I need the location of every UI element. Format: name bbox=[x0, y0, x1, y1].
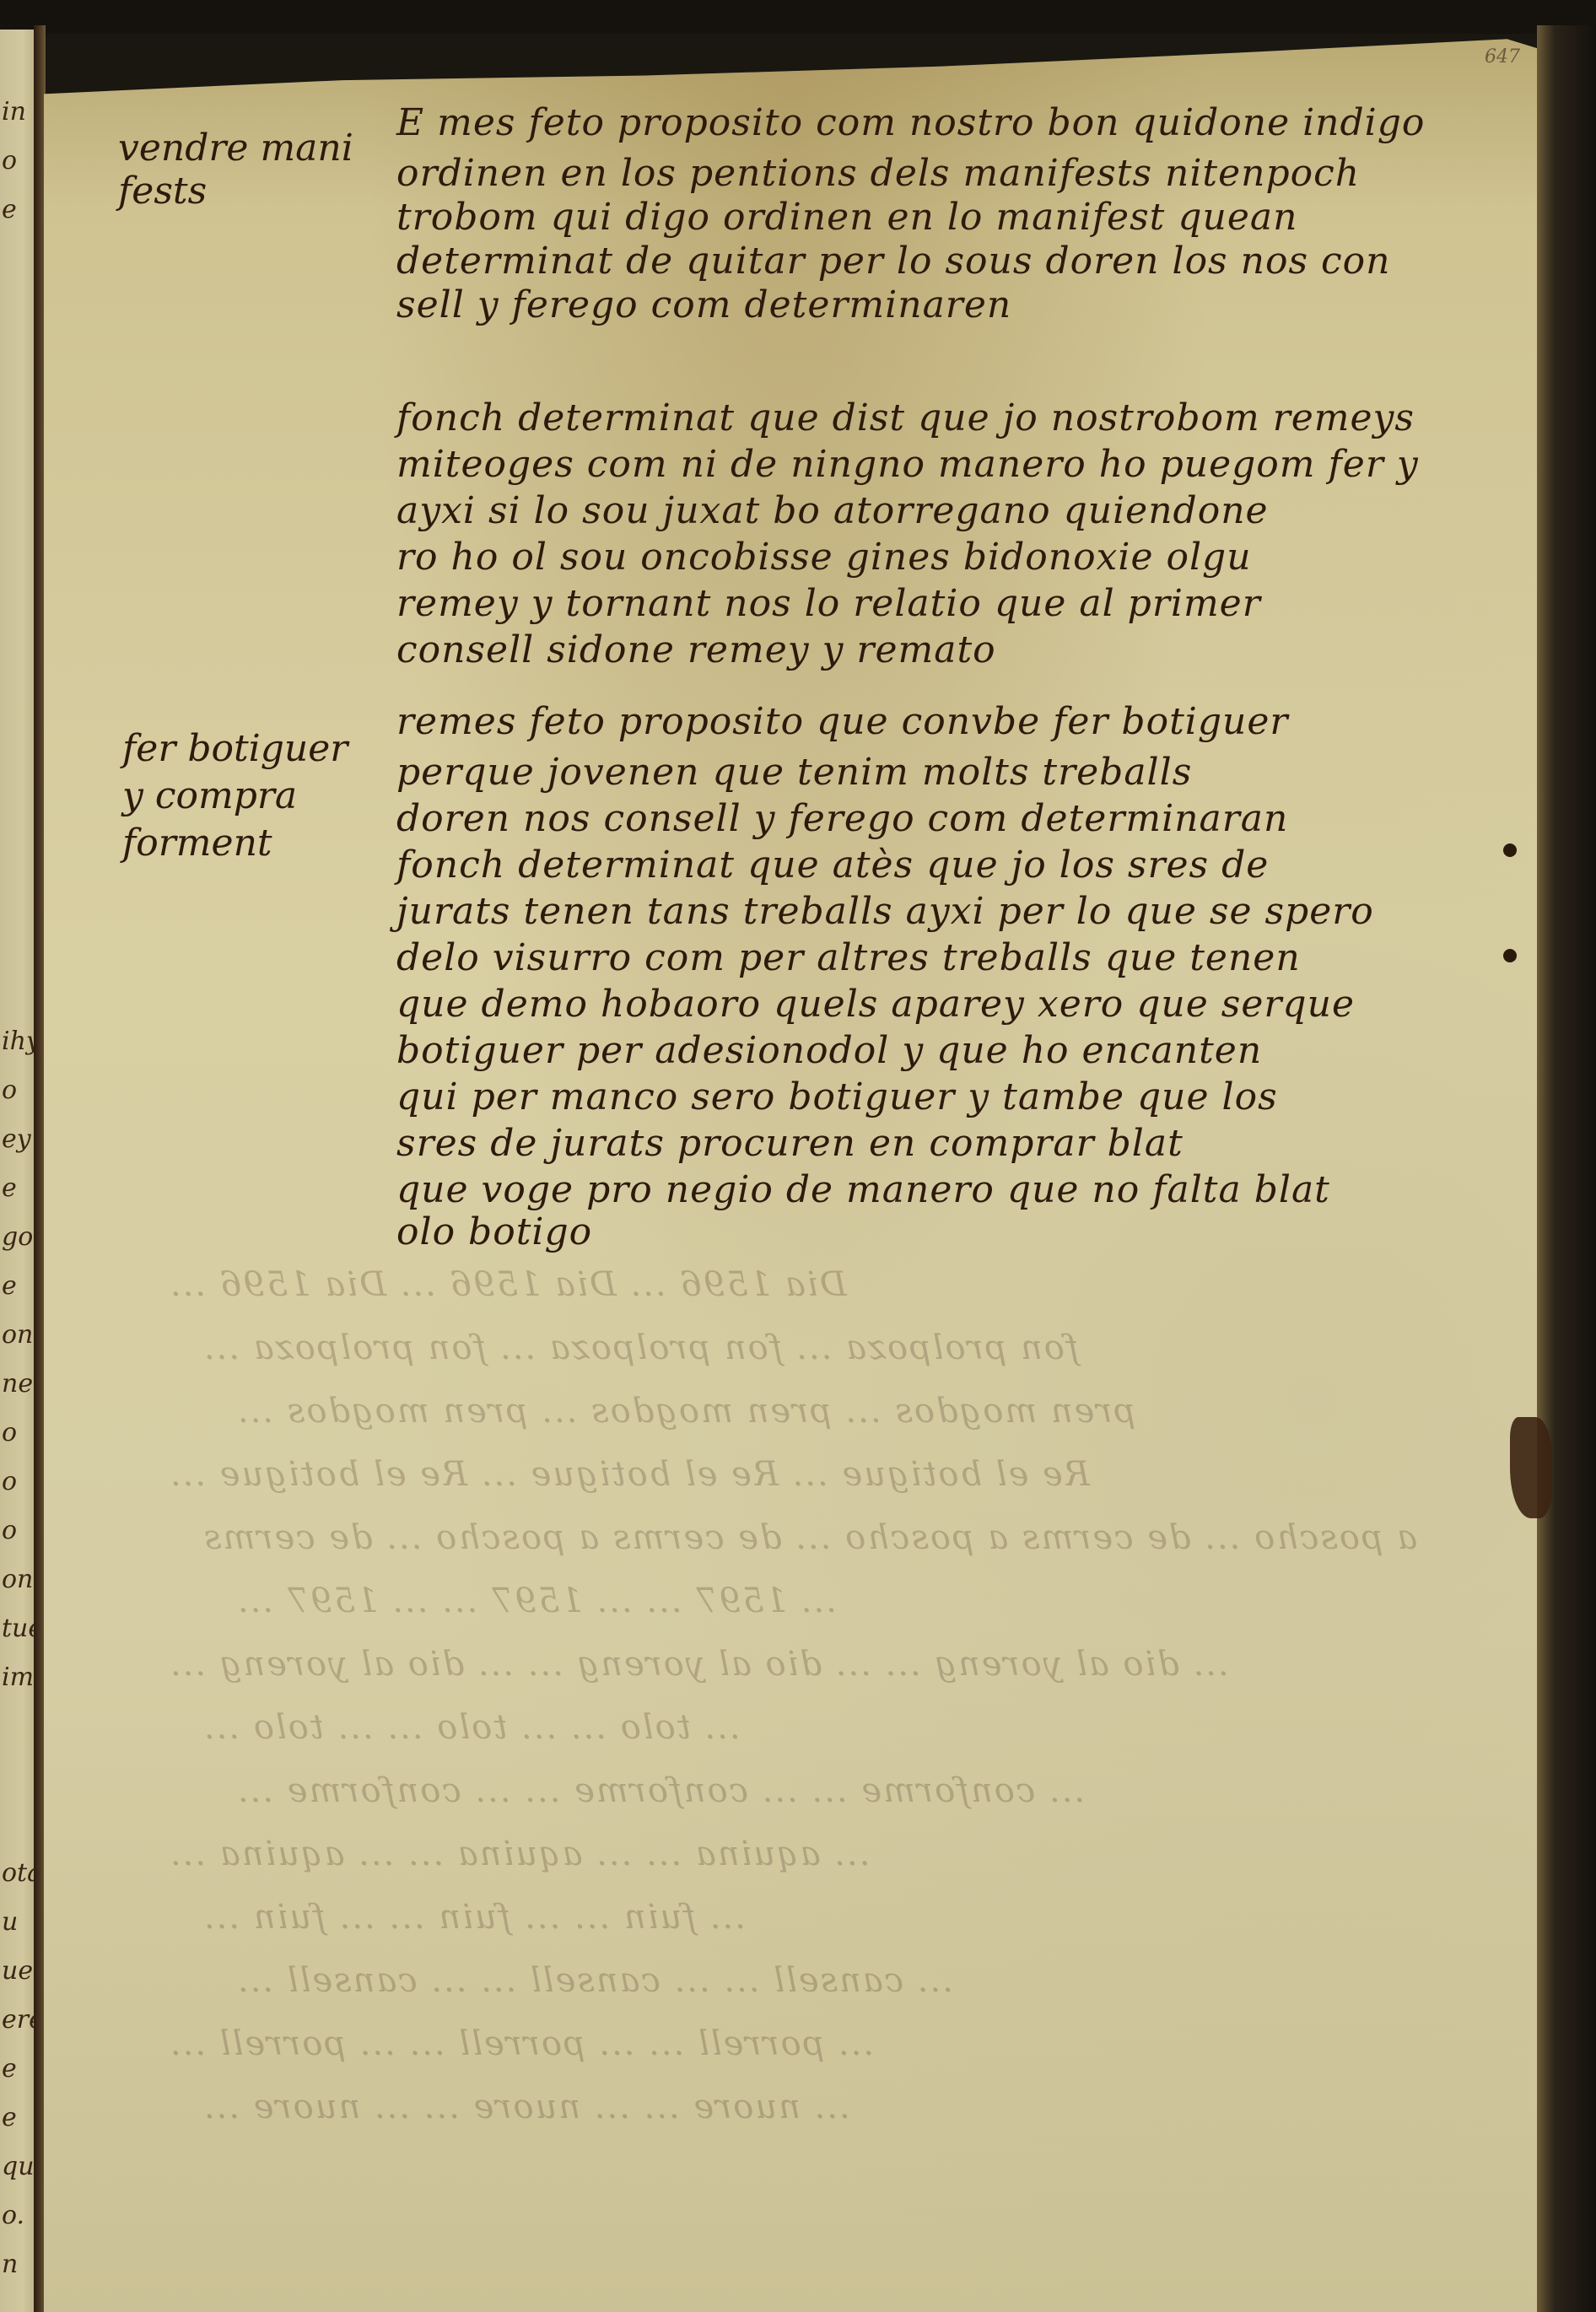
text-line: que voge pro negio de manero que no falt… bbox=[396, 1168, 1330, 1211]
facing-page-fragment: o. bbox=[2, 2201, 24, 2230]
facing-page-fragment: o bbox=[2, 146, 17, 175]
text-line: remes feto proposito que convbe fer boti… bbox=[396, 700, 1288, 743]
facing-page-fragment: e bbox=[2, 1173, 17, 1203]
text-line: qui per manco sero botiguer y tambe que … bbox=[396, 1075, 1278, 1118]
text-line: que demo hobaoro quels aparey xero que s… bbox=[396, 983, 1355, 1026]
text-line: remey y tornant nos lo relatio que al pr… bbox=[396, 582, 1261, 625]
facing-page-fragment: ey bbox=[2, 1124, 31, 1154]
scan-background-top bbox=[0, 0, 1596, 34]
margin-note-vendre-manifests: vendre mani fests bbox=[118, 127, 353, 213]
facing-page-fragment: o bbox=[2, 1075, 17, 1105]
folio-number: 647 bbox=[1485, 46, 1520, 67]
text-line: sell y ferego com determinaren bbox=[396, 283, 1011, 326]
facing-page-fragment: ue bbox=[2, 1956, 33, 1986]
text-line: determinat de quitar per lo sous doren l… bbox=[396, 240, 1391, 283]
bleed-through-line: ... aquina ... ... aquina ... ... aquina… bbox=[169, 1835, 870, 1873]
bleed-through-line: ... tolo ... ... tolo ... ... tolo ... bbox=[202, 1708, 741, 1747]
facing-page-fragment: go bbox=[2, 1222, 33, 1252]
ink-dot bbox=[1503, 949, 1517, 962]
margin-note-line: fer botiguer bbox=[122, 725, 348, 773]
binding-gutter bbox=[34, 25, 46, 2312]
margin-note-line: y compra bbox=[122, 773, 348, 820]
text-line: fonch determinat que dist que jo nostrob… bbox=[396, 396, 1415, 439]
bleed-through-line: pren mogdos ... pren mogdos ... pren mog… bbox=[236, 1392, 1135, 1431]
facing-page-fragment: o bbox=[2, 1467, 17, 1496]
facing-page-edge: inoeihyoeyegoeoneneoooonotueimotauuueere… bbox=[0, 30, 38, 2312]
text-line: consell sidone remey y remato bbox=[396, 628, 996, 671]
bleed-through-line: ... cansell ... ... cansell ... ... cans… bbox=[236, 1961, 953, 2000]
text-line: botiguer per adesionodol y que ho encant… bbox=[396, 1029, 1262, 1072]
bleed-through-line: ... nuore ... ... nuore ... ... nuore ..… bbox=[202, 2088, 850, 2126]
margin-note-line: fests bbox=[118, 170, 353, 213]
text-line: delo visurro com per altres treballs que… bbox=[396, 936, 1301, 979]
text-line: olo botigo bbox=[396, 1210, 592, 1253]
bleed-through-line: Re el botigue ... Re el botigue ... Re e… bbox=[169, 1455, 1090, 1494]
facing-page-fragment: im bbox=[2, 1663, 34, 1692]
bleed-through-line: Dia 1596 ... Dia 1596 ... Dia 1596 ... bbox=[169, 1265, 847, 1304]
facing-page-fragment: e bbox=[2, 195, 17, 224]
text-line: E mes feto proposito com nostro bon quid… bbox=[396, 101, 1425, 144]
facing-page-fragment: ne bbox=[2, 1369, 33, 1399]
facing-page-fragment: e bbox=[2, 1271, 17, 1301]
text-line: ayxi si lo sou juxat bo atorregano quien… bbox=[396, 489, 1269, 532]
text-line: trobom qui digo ordinen en lo manifest q… bbox=[396, 196, 1297, 239]
facing-page-fragment: o bbox=[2, 1418, 17, 1447]
facing-page-fragment: u bbox=[2, 1907, 18, 1937]
ink-dot bbox=[1503, 843, 1517, 857]
facing-page-fragment: o bbox=[2, 1516, 17, 1545]
bleed-through-line: ... dio al yoreng ... ... dio al yoreng … bbox=[169, 1645, 1229, 1684]
bleed-through-line: a poscho ... de cerms a poscho ... de ce… bbox=[202, 1518, 1417, 1557]
text-line: doren nos consell y ferego com determina… bbox=[396, 797, 1288, 840]
bleed-through-line: ... conforme ... ... conforme ... ... co… bbox=[236, 1771, 1085, 1810]
bleed-through-line: fon prolpoza ... fon prolpoza ... fon pr… bbox=[202, 1328, 1079, 1367]
page-right-edge bbox=[1537, 25, 1596, 2312]
text-line: ro ho ol sou oncobisse gines bidonoxie o… bbox=[396, 536, 1252, 579]
margin-note-line: vendre mani bbox=[118, 127, 353, 170]
facing-page-fragment: n bbox=[2, 2250, 18, 2279]
bleed-through-line: ... fuin ... ... fuin ... ... fuin ... bbox=[202, 1898, 746, 1937]
text-line: perque jovenen que tenim molts treballs bbox=[396, 751, 1192, 794]
text-line: jurats tenen tans treballs ayxi per lo q… bbox=[396, 890, 1374, 933]
facing-page-fragment: e bbox=[2, 2054, 17, 2083]
text-line: sres de jurats procuren en comprar blat bbox=[396, 1122, 1184, 1165]
text-line: ordinen en los pentions dels manifests n… bbox=[396, 152, 1360, 195]
margin-note-line: forment bbox=[122, 820, 348, 867]
bleed-through-line: ... 1597 ... ... 1597 ... ... 1597 ... bbox=[236, 1582, 837, 1620]
text-line: fonch determinat que atès que jo los sre… bbox=[396, 843, 1269, 887]
text-line: miteoges com ni de ningno manero ho pueg… bbox=[396, 443, 1419, 486]
ink-stain bbox=[1510, 1417, 1552, 1518]
bleed-through-line: ... porrell ... ... porrell ... ... porr… bbox=[169, 2024, 874, 2063]
margin-note-fer-botiguer: fer botiguer y compra forment bbox=[122, 725, 348, 867]
facing-page-fragment: in bbox=[2, 97, 26, 127]
facing-page-fragment: e bbox=[2, 2103, 17, 2132]
